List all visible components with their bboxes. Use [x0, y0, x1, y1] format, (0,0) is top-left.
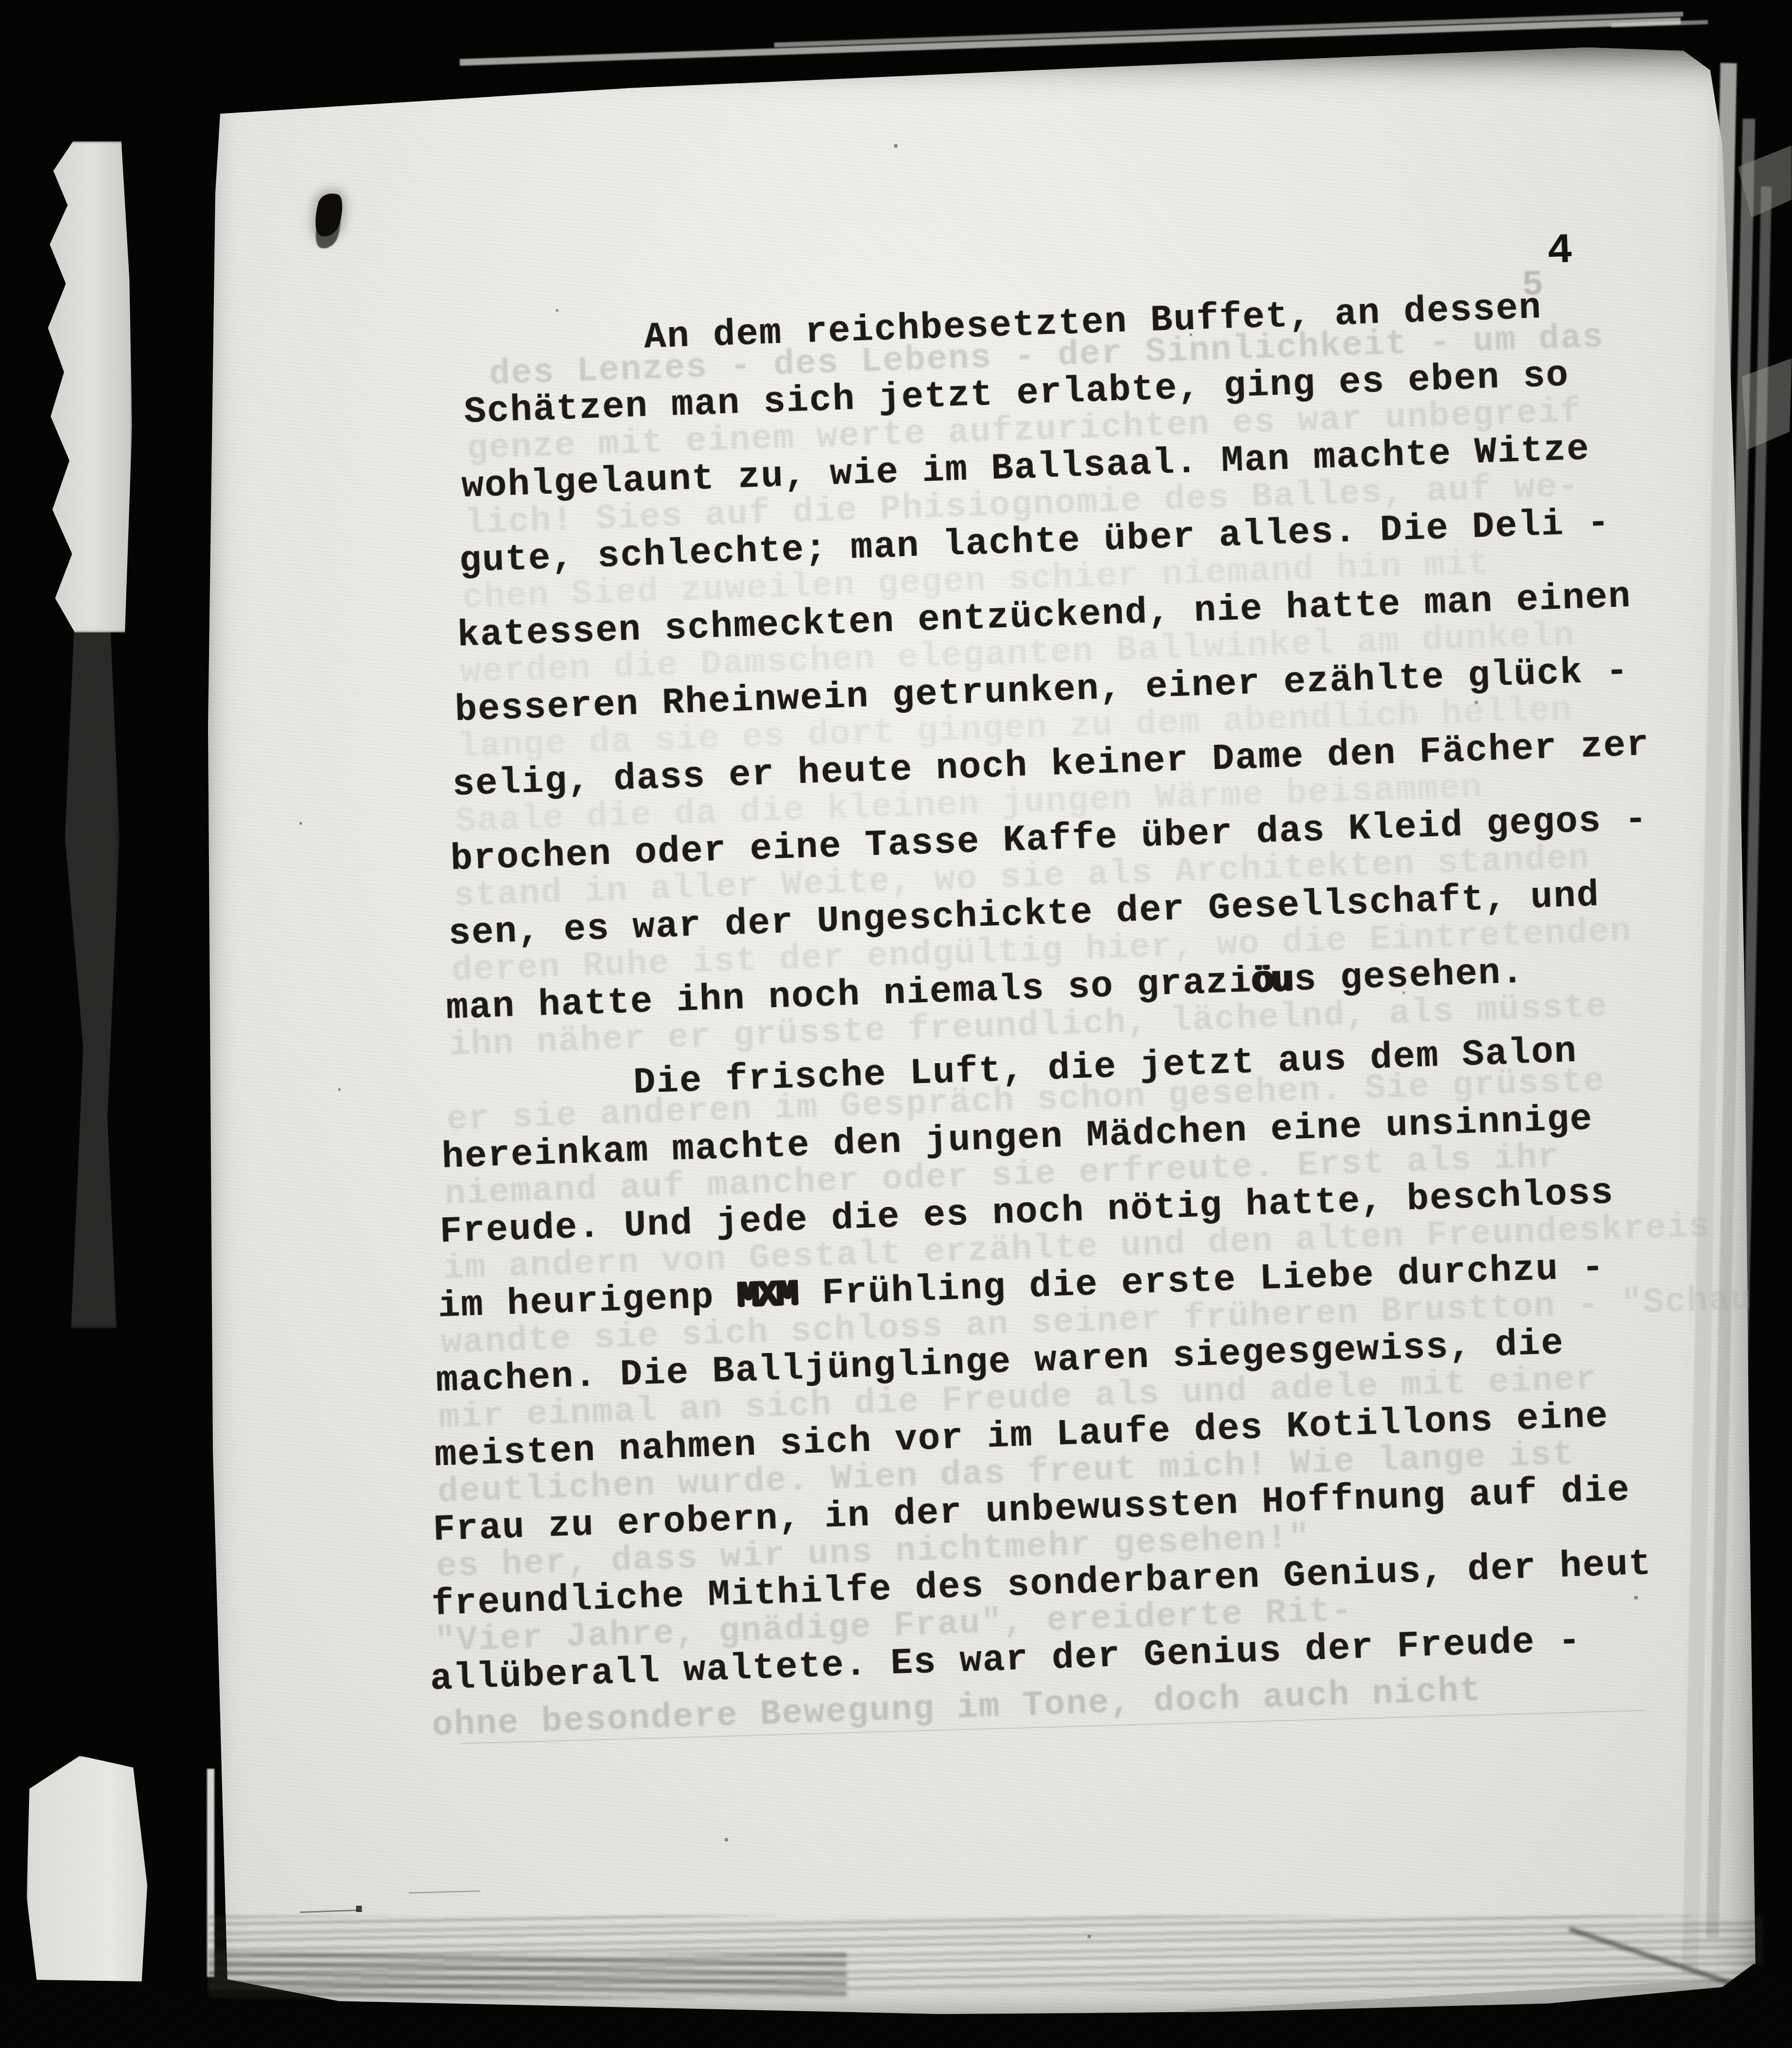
paper-specks — [0, 0, 1, 1]
torn-paper-strip — [43, 141, 132, 632]
torn-paper-strip — [27, 1756, 167, 1992]
stacked-sheet-edge-top — [774, 12, 1683, 47]
overtyped-correction: öu — [1251, 959, 1295, 1002]
scan-streak-shadow — [208, 1953, 847, 1999]
torn-paper-strip — [59, 627, 119, 1328]
scratch-mark — [356, 1906, 362, 1912]
page-number: 4 — [1546, 227, 1573, 276]
scanned-typescript-page: 4 5 des Lenzes - des Lebens - der Sinnli… — [0, 0, 1792, 2048]
line-text: s gesehen. — [1293, 951, 1525, 1001]
crossed-out-word: MXM — [736, 1274, 800, 1317]
